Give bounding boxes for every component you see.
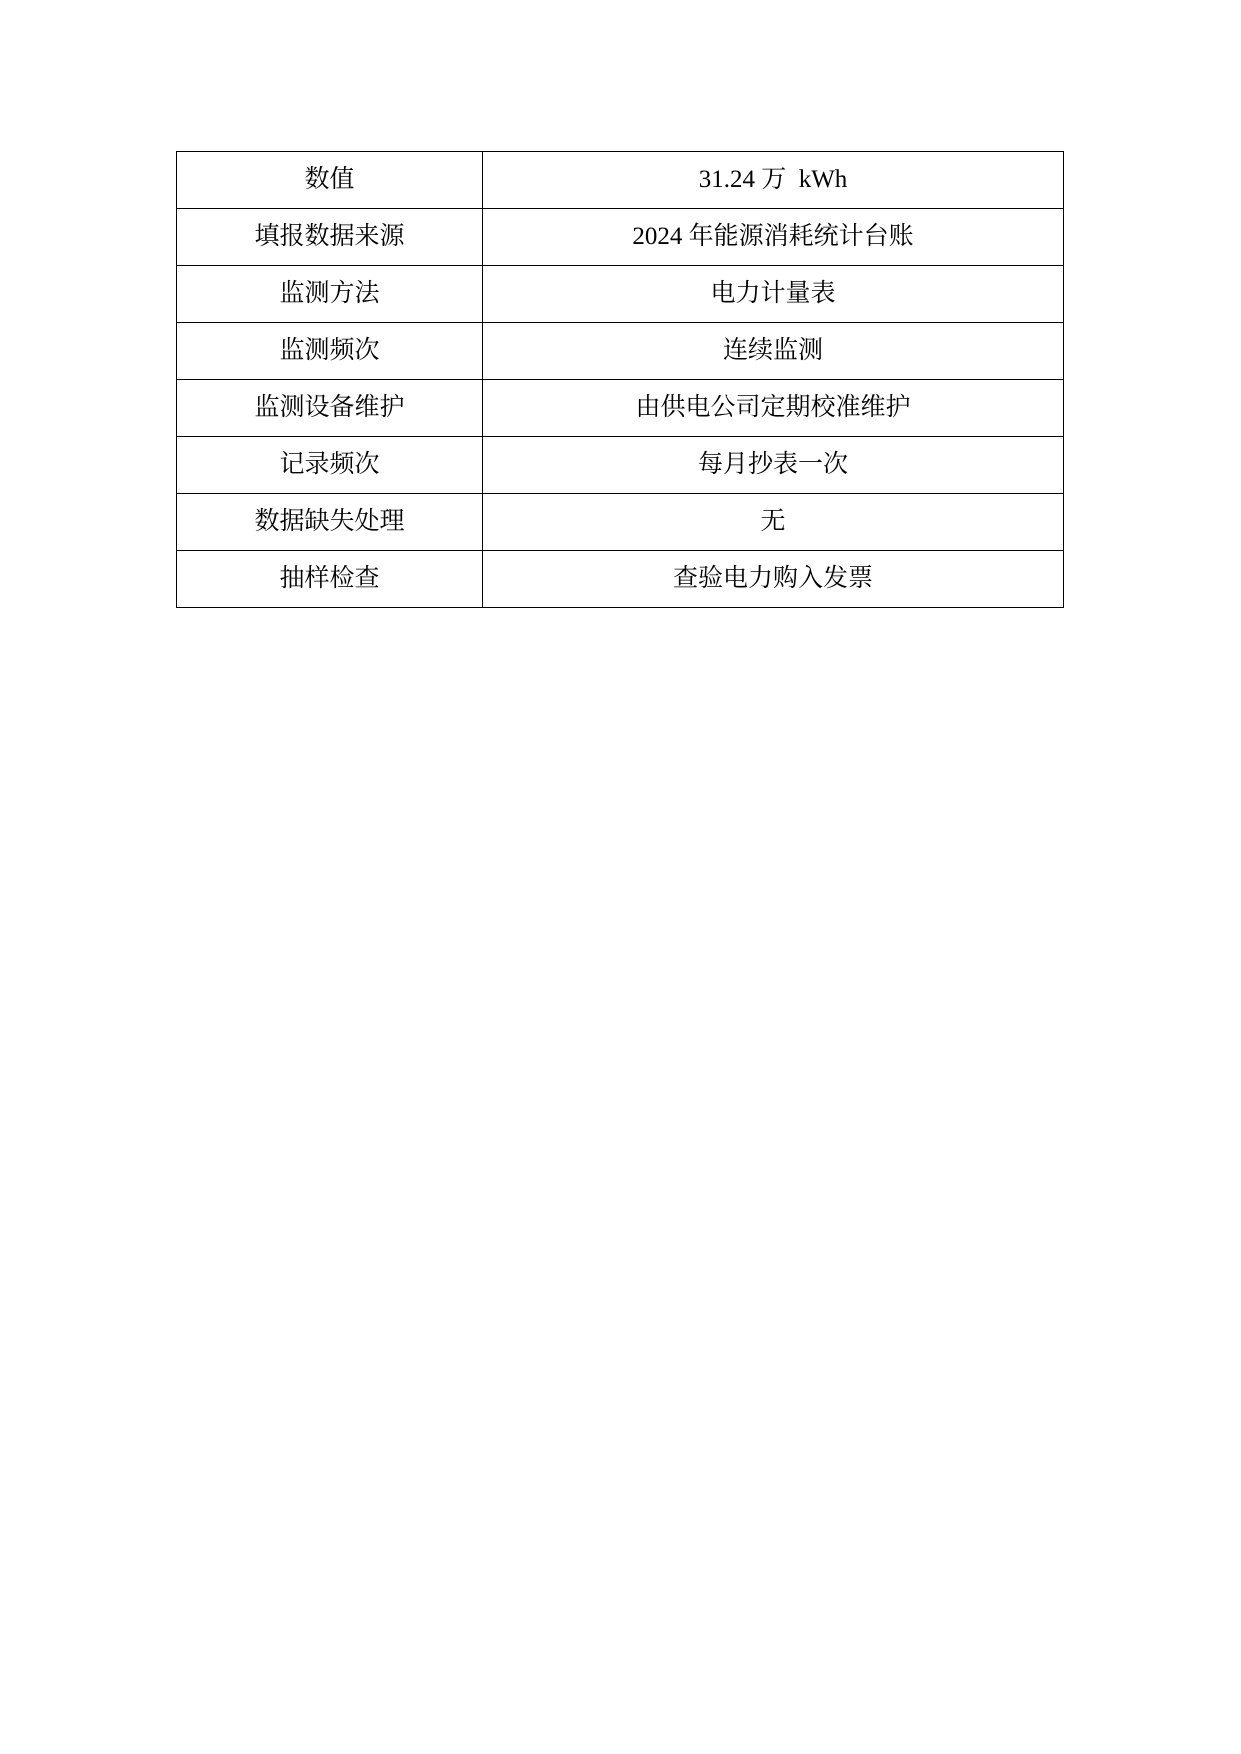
row-value-cell: 查验电力购入发票	[483, 551, 1064, 608]
row-value-cell: 由供电公司定期校准维护	[483, 380, 1064, 437]
row-value-cell: 2024 年能源消耗统计台账	[483, 209, 1064, 266]
monitoring-info-table: 数值 31.24 万 kWh 填报数据来源 2024 年能源消耗统计台账 监测方…	[176, 151, 1064, 608]
row-value-cell: 无	[483, 494, 1064, 551]
row-label-cell: 数据缺失处理	[177, 494, 483, 551]
table-row: 填报数据来源 2024 年能源消耗统计台账	[177, 209, 1064, 266]
table-row: 数据缺失处理 无	[177, 494, 1064, 551]
row-value-cell: 连续监测	[483, 323, 1064, 380]
row-label-cell: 监测频次	[177, 323, 483, 380]
table-row: 监测频次 连续监测	[177, 323, 1064, 380]
row-label-cell: 监测设备维护	[177, 380, 483, 437]
table-row: 数值 31.24 万 kWh	[177, 152, 1064, 209]
row-label-cell: 数值	[177, 152, 483, 209]
table-row: 抽样检查 查验电力购入发票	[177, 551, 1064, 608]
row-value-cell: 电力计量表	[483, 266, 1064, 323]
table-row: 监测方法 电力计量表	[177, 266, 1064, 323]
row-value-cell: 每月抄表一次	[483, 437, 1064, 494]
row-value-cell: 31.24 万 kWh	[483, 152, 1064, 209]
table-row: 记录频次 每月抄表一次	[177, 437, 1064, 494]
row-label-cell: 抽样检查	[177, 551, 483, 608]
document-page: 数值 31.24 万 kWh 填报数据来源 2024 年能源消耗统计台账 监测方…	[0, 0, 1241, 1754]
table-row: 监测设备维护 由供电公司定期校准维护	[177, 380, 1064, 437]
row-label-cell: 监测方法	[177, 266, 483, 323]
row-label-cell: 填报数据来源	[177, 209, 483, 266]
row-label-cell: 记录频次	[177, 437, 483, 494]
